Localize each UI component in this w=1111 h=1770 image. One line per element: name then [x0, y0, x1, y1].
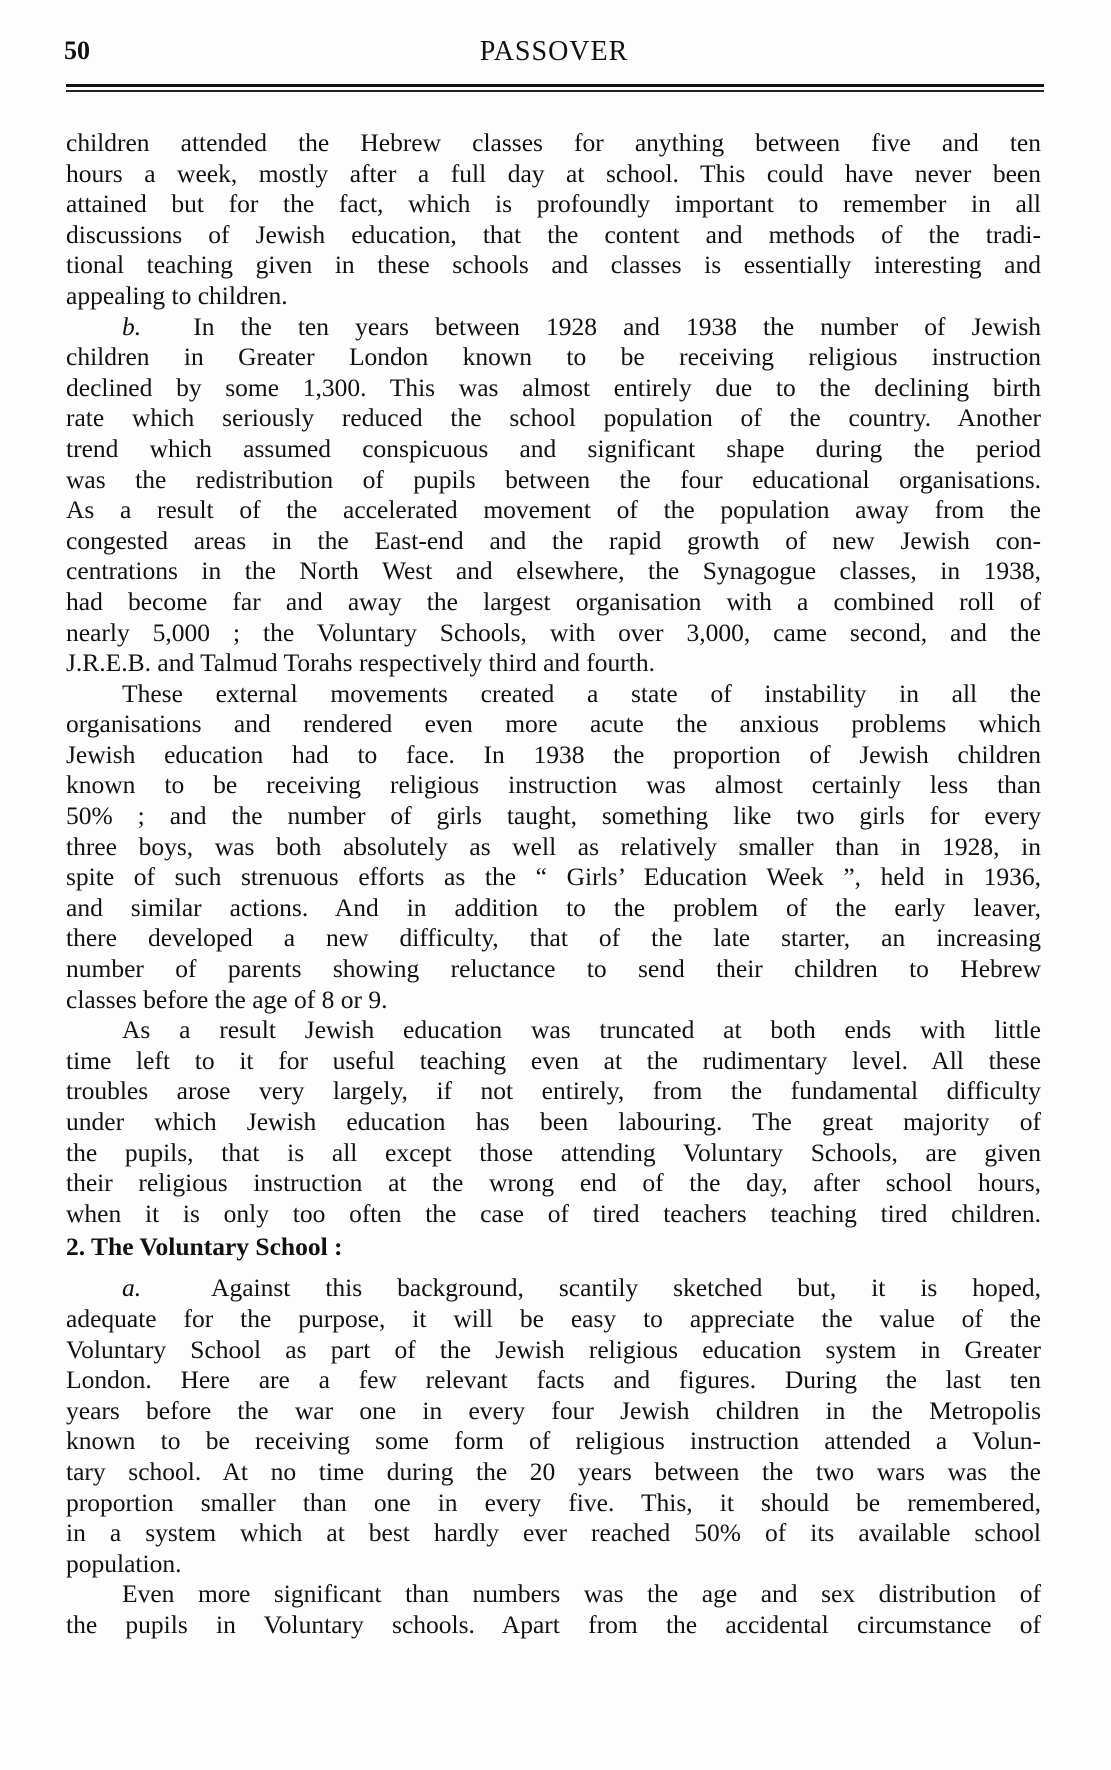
text-line: J.R.E.B. and Talmud Torahs respectively …	[66, 648, 1041, 679]
text-line: hours a week, mostly after a full day at…	[66, 159, 1041, 190]
text-line: there developed a new difficulty, that o…	[66, 923, 1041, 954]
text-line: three boys, was both absolutely as well …	[66, 832, 1041, 863]
paragraph-continued: children attended the Hebrew classes for…	[66, 128, 1041, 312]
paragraph-external-movements: These external movements created a state…	[66, 679, 1041, 1016]
text-line: number of parents showing reluctance to …	[66, 954, 1041, 985]
text-line: tary school. At no time during the 20 ye…	[66, 1457, 1041, 1488]
text-line: Voluntary School as part of the Jewish r…	[66, 1335, 1041, 1366]
text-line: and similar actions. And in addition to …	[66, 893, 1041, 924]
text-line: a. Against this background, scantily ske…	[66, 1273, 1041, 1304]
text-line: the pupils, that is all except those att…	[66, 1138, 1041, 1169]
text-line: declined by some 1,300. This was almost …	[66, 373, 1041, 404]
text-line-content: In the ten years between 1928 and 1938 t…	[193, 312, 1041, 341]
text-line: known to be receiving religious instruct…	[66, 770, 1041, 801]
text-line: children attended the Hebrew classes for…	[66, 128, 1041, 159]
text-line: under which Jewish education has been la…	[66, 1107, 1041, 1138]
book-page: 50 PASSOVER children attended the Hebrew…	[0, 0, 1111, 1770]
paragraph-as-a-result: As a result Jewish education was truncat…	[66, 1015, 1041, 1229]
text-line: As a result Jewish education was truncat…	[66, 1015, 1041, 1046]
running-head: 50 PASSOVER	[64, 30, 1044, 70]
header-rule-bottom	[66, 90, 1044, 92]
text-line: children in Greater London known to be r…	[66, 342, 1041, 373]
text-line: classes before the age of 8 or 9.	[66, 985, 1041, 1016]
text-line: was the redistribution of pupils between…	[66, 465, 1041, 496]
text-line: troubles arose very largely, if not enti…	[66, 1076, 1041, 1107]
text-line: London. Here are a few relevant facts an…	[66, 1365, 1041, 1396]
text-line: years before the war one in every four J…	[66, 1396, 1041, 1427]
paragraph-even-more-significant: Even more significant than numbers was t…	[66, 1579, 1041, 1640]
text-line: in a system which at best hardly ever re…	[66, 1518, 1041, 1549]
text-line: trend which assumed conspicuous and sign…	[66, 434, 1041, 465]
text-line: when it is only too often the case of ti…	[66, 1199, 1041, 1230]
text-line: tional teaching given in these schools a…	[66, 250, 1041, 281]
text-line: centrations in the North West and elsewh…	[66, 556, 1041, 587]
text-line: nearly 5,000 ; the Voluntary Schools, wi…	[66, 618, 1041, 649]
text-line: attained but for the fact, which is prof…	[66, 189, 1041, 220]
text-line: As a result of the accelerated movement …	[66, 495, 1041, 526]
text-line: known to be receiving some form of relig…	[66, 1426, 1041, 1457]
paragraph-b: b. In the ten years between 1928 and 193…	[66, 312, 1041, 679]
running-title: PASSOVER	[64, 36, 1044, 68]
text-line: organisations and rendered even more acu…	[66, 709, 1041, 740]
text-line: time left to it for useful teaching even…	[66, 1046, 1041, 1077]
text-line: spite of such strenuous efforts as the “…	[66, 862, 1041, 893]
text-line: b. In the ten years between 1928 and 193…	[66, 312, 1041, 343]
text-line: the pupils in Voluntary schools. Apart f…	[66, 1610, 1041, 1641]
text-line: These external movements created a state…	[66, 679, 1041, 710]
text-line-content: Against this background, scantily sketch…	[211, 1273, 1041, 1302]
text-line: had become far and away the largest orga…	[66, 587, 1041, 618]
paragraph-marker: b.	[122, 312, 141, 341]
body-text: children attended the Hebrew classes for…	[66, 128, 1041, 1641]
header-rule-top	[66, 84, 1044, 87]
text-line: Even more significant than numbers was t…	[66, 1579, 1041, 1610]
text-line: proportion smaller than one in every fiv…	[66, 1488, 1041, 1519]
text-line: population.	[66, 1549, 1041, 1580]
text-line: their religious instruction at the wrong…	[66, 1168, 1041, 1199]
paragraph-a: a. Against this background, scantily ske…	[66, 1273, 1041, 1579]
text-line: appealing to children.	[66, 281, 1041, 312]
text-line: congested areas in the East-end and the …	[66, 526, 1041, 557]
text-line: discussions of Jewish education, that th…	[66, 220, 1041, 251]
text-line: rate which seriously reduced the school …	[66, 403, 1041, 434]
text-line: Jewish education had to face. In 1938 th…	[66, 740, 1041, 771]
section-heading: 2. The Voluntary School :	[66, 1231, 1041, 1267]
paragraph-marker: a.	[122, 1273, 141, 1302]
text-line: 50% ; and the number of girls taught, so…	[66, 801, 1041, 832]
text-line: adequate for the purpose, it will be eas…	[66, 1304, 1041, 1335]
